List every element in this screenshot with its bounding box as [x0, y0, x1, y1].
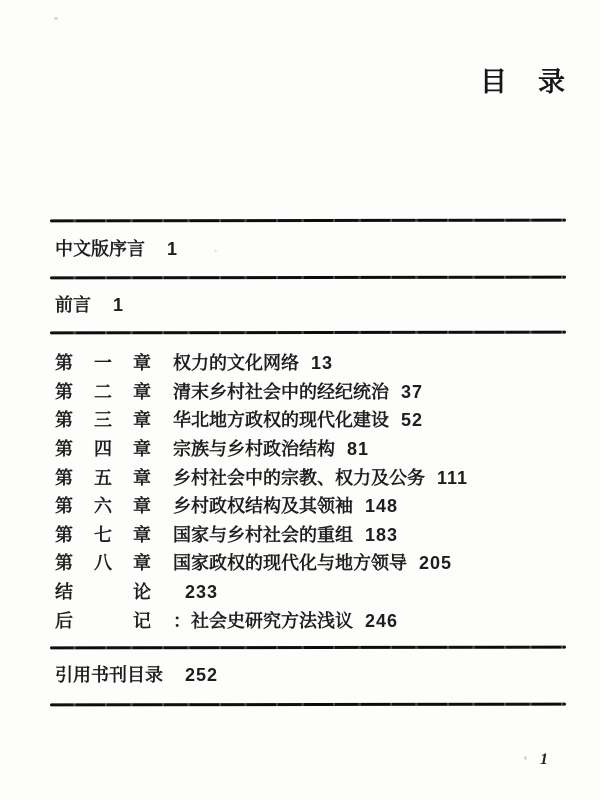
toc-entry-foreword: 前言1 — [55, 293, 124, 317]
divider-rule — [50, 646, 566, 650]
chapter-label: 后记 — [55, 607, 151, 636]
chapter-title: 国家与乡村社会的重组 — [173, 525, 353, 545]
chapter-list: 第一章权力的文化网络13 第二章清末乡村社会中的经纪统治37 第三章华北地方政权… — [55, 349, 575, 635]
chapter-title: 宗族与乡村政治结构 — [173, 439, 335, 459]
chapter-page: 183 — [365, 525, 398, 545]
chapter-label: 第三章 — [55, 406, 151, 435]
scan-speck — [54, 17, 58, 20]
chapter-label: 第二章 — [55, 378, 151, 407]
toc-entry-label: 引用书刊目录 — [55, 665, 163, 685]
scanned-toc-page: 目 录 中文版序言1 前言1 第一章权力的文化网络13 第二章清末乡村社会中的经… — [0, 0, 600, 800]
toc-chapter-row: 第六章乡村政权结构及其领袖148 — [55, 492, 575, 521]
chapter-title: ：社会史研究方法浅议 — [173, 611, 353, 631]
chapter-page: 81 — [347, 439, 369, 459]
chapter-title: 清末乡村社会中的经纪统治 — [173, 382, 389, 402]
toc-chapter-row: 第二章清末乡村社会中的经纪统治37 — [55, 378, 575, 407]
chapter-title: 华北地方政权的现代化建设 — [173, 410, 389, 430]
chapter-label: 第八章 — [55, 549, 151, 578]
toc-chapter-row: 第八章国家政权的现代化与地方领导205 — [55, 549, 575, 578]
chapter-page: 52 — [401, 410, 423, 430]
page-title: 目 录 — [480, 60, 567, 99]
toc-entry-page: 1 — [113, 295, 124, 315]
divider-rule — [50, 276, 566, 280]
chapter-label: 第一章 — [55, 349, 151, 378]
toc-entry-bibliography: 引用书刊目录252 — [55, 663, 218, 687]
toc-chapter-row: 第四章宗族与乡村政治结构81 — [55, 435, 575, 464]
toc-entry-page: 252 — [185, 665, 218, 685]
chapter-label: 结论 — [55, 578, 151, 607]
chapter-title: 乡村社会中的宗教、权力及公务 — [173, 468, 425, 488]
chapter-title: 乡村政权结构及其领袖 — [173, 496, 353, 516]
chapter-label: 第四章 — [55, 435, 151, 464]
scan-speck — [214, 250, 217, 252]
chapter-page: 233 — [185, 582, 218, 602]
divider-rule — [50, 703, 566, 707]
folio-page-number: 1 — [540, 751, 548, 769]
scan-speck — [524, 756, 527, 760]
chapter-label: 第六章 — [55, 492, 151, 521]
chapter-label: 第五章 — [55, 464, 151, 493]
chapter-page: 246 — [365, 611, 398, 631]
chapter-title: 权力的文化网络 — [173, 353, 299, 373]
toc-postscript-row: 后记：社会史研究方法浅议246 — [55, 607, 575, 636]
chapter-page: 205 — [419, 553, 452, 573]
chapter-page: 148 — [365, 496, 398, 516]
toc-chapter-row: 第三章华北地方政权的现代化建设52 — [55, 406, 575, 435]
toc-chapter-row: 第五章乡村社会中的宗教、权力及公务111 — [55, 464, 575, 493]
toc-chapter-row: 第七章国家与乡村社会的重组183 — [55, 521, 575, 550]
chapter-page: 37 — [401, 382, 423, 402]
divider-rule — [50, 331, 566, 335]
chapter-label: 第七章 — [55, 521, 151, 550]
chapter-title: 国家政权的现代化与地方领导 — [173, 553, 407, 573]
divider-rule — [50, 219, 566, 223]
toc-entry-label: 前言 — [55, 295, 91, 315]
toc-conclusion-row: 结论233 — [55, 578, 575, 607]
chapter-page: 13 — [311, 353, 333, 373]
toc-entry-page: 1 — [167, 239, 178, 259]
chapter-page: 111 — [437, 468, 468, 488]
toc-chapter-row: 第一章权力的文化网络13 — [55, 349, 575, 378]
toc-entry-preface-cn: 中文版序言1 — [55, 237, 178, 261]
toc-entry-label: 中文版序言 — [55, 239, 145, 259]
